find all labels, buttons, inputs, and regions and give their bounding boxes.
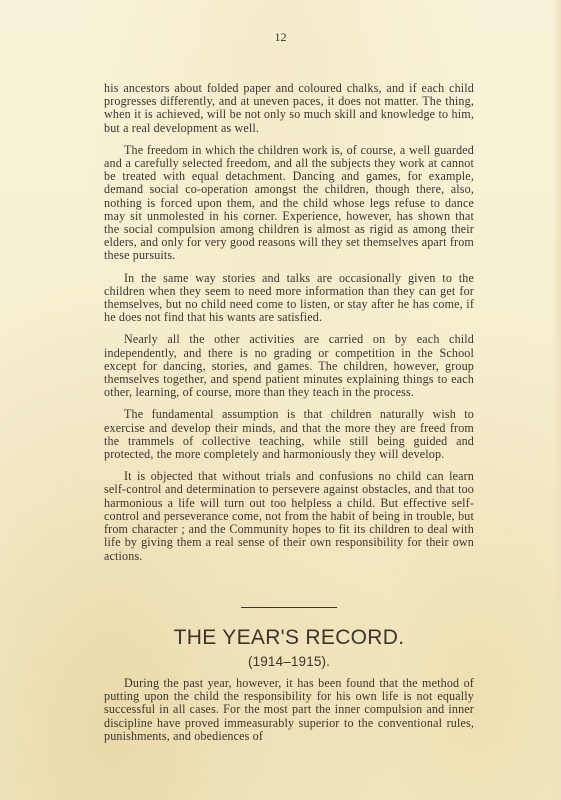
paragraph: his ancestors about folded paper and col… bbox=[104, 82, 474, 135]
paragraph: During the past year, however, it has be… bbox=[104, 677, 474, 743]
page-body: his ancestors about folded paper and col… bbox=[104, 82, 474, 752]
paragraph: The freedom in which the children work i… bbox=[104, 144, 474, 263]
section-subheading: (1914–1915). bbox=[104, 655, 474, 668]
section-divider bbox=[241, 607, 337, 608]
page-edge bbox=[553, 0, 561, 800]
paragraph: In the same way stories and talks are oc… bbox=[104, 272, 474, 325]
paragraph: It is objected that without trials and c… bbox=[104, 470, 474, 562]
page-number: 12 bbox=[0, 30, 561, 45]
paragraph: Nearly all the other activities are carr… bbox=[104, 333, 474, 399]
paragraph: The fundamental assumption is that child… bbox=[104, 408, 474, 461]
section-heading: THE YEAR'S RECORD. bbox=[104, 626, 474, 650]
